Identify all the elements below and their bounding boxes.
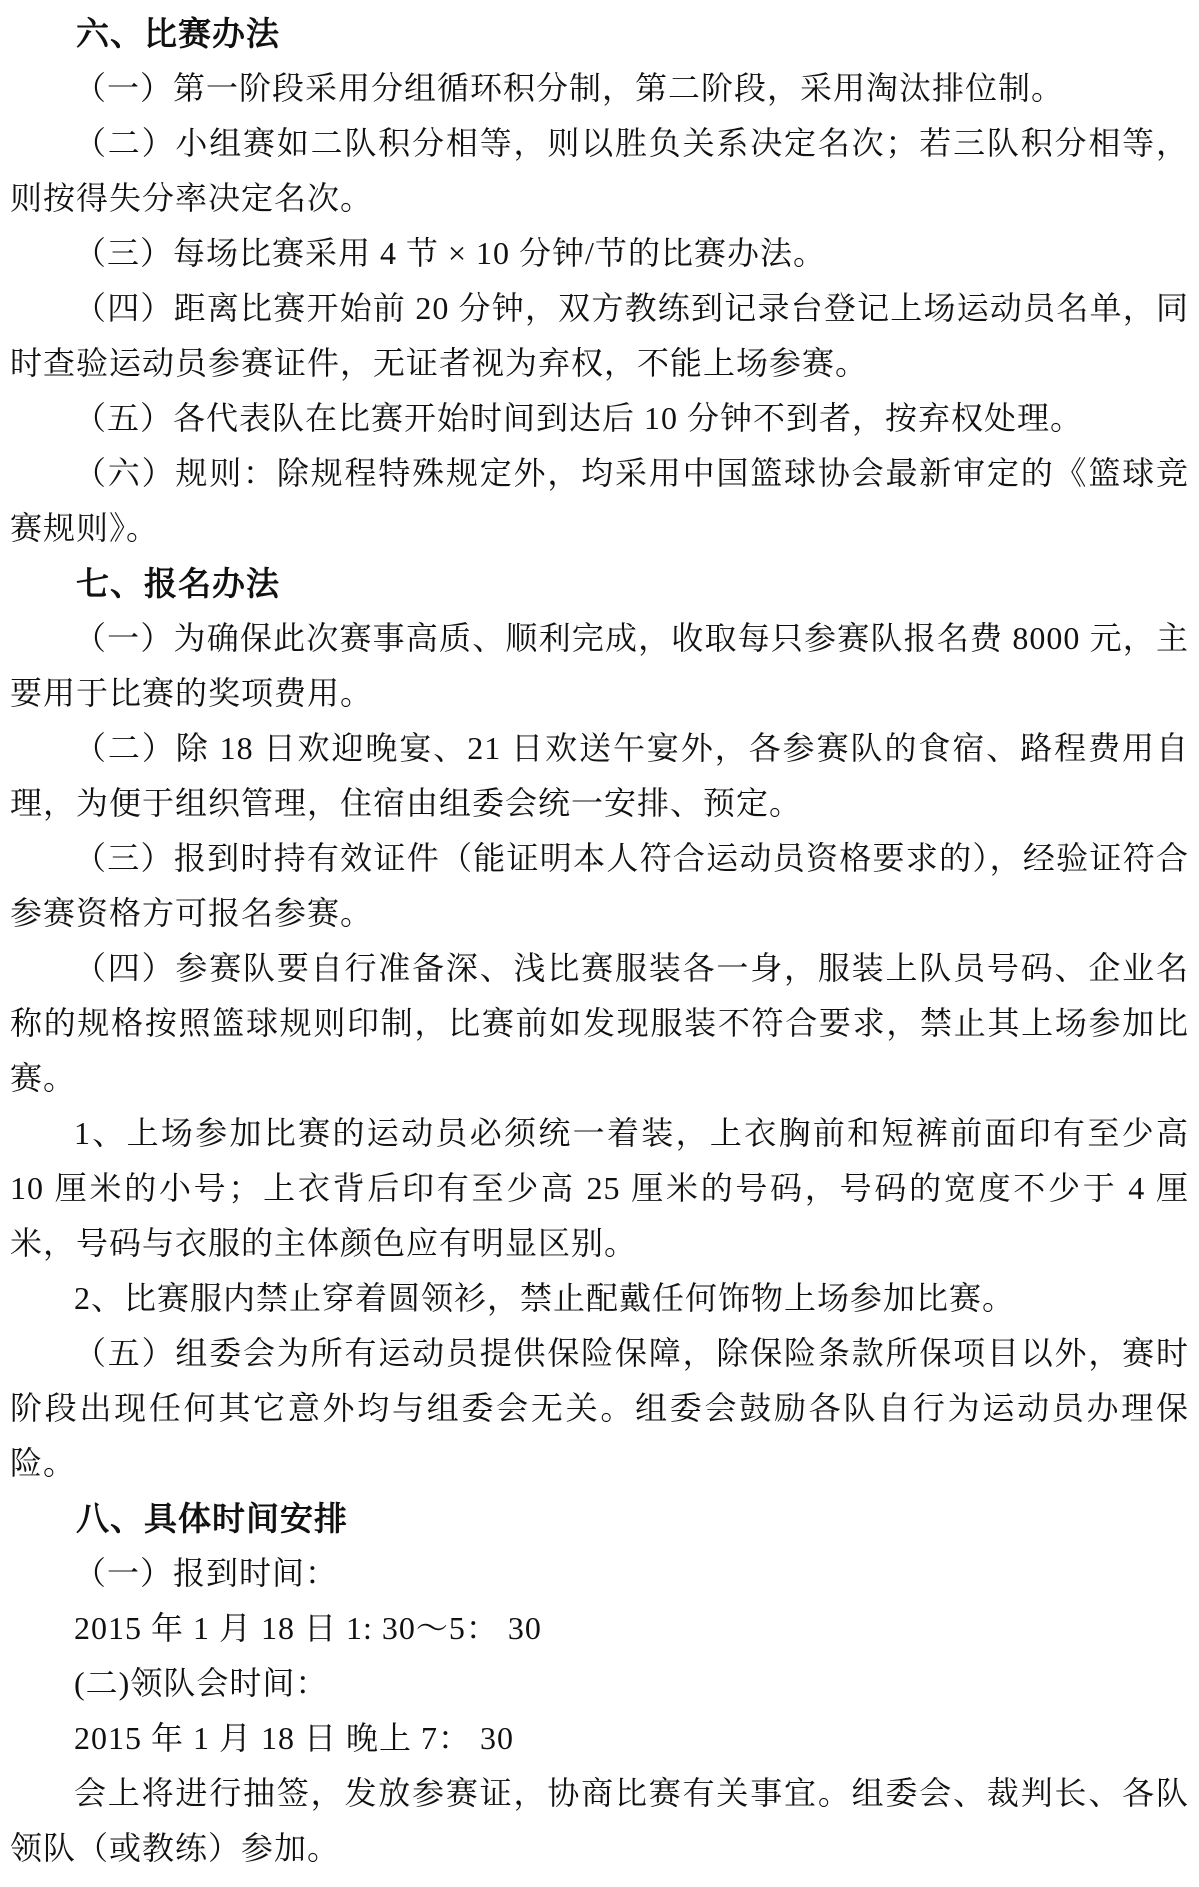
match-rules-item-4: （四）距离比赛开始前 20 分钟，双方教练到记录台登记上场运动员名单，同时查验运… bbox=[10, 281, 1189, 391]
match-rules-item-3: （三）每场比赛采用 4 节 × 10 分钟/节的比赛办法。 bbox=[10, 226, 1189, 281]
document-page: 六、比赛办法 （一）第一阶段采用分组循环积分制，第二阶段，采用淘汰排位制。 （二… bbox=[0, 0, 1199, 1887]
heading-match-rules: 六、比赛办法 bbox=[10, 6, 1189, 61]
schedule-checkin-label: （一）报到时间： bbox=[10, 1546, 1189, 1601]
heading-registration-method: 七、报名办法 bbox=[10, 556, 1189, 611]
match-rules-item-6: （六）规则：除规程特殊规定外，均采用中国篮球协会最新审定的《篮球竞赛规则》。 bbox=[10, 446, 1189, 556]
registration-item-4: （四）参赛队要自行准备深、浅比赛服装各一身，服装上队员号码、企业名称的规格按照篮… bbox=[10, 941, 1189, 1106]
uniform-rule-2: 2、比赛服内禁止穿着圆领衫，禁止配戴任何饰物上场参加比赛。 bbox=[10, 1271, 1189, 1326]
match-rules-item-2: （二）小组赛如二队积分相等，则以胜负关系决定名次；若三队积分相等，则按得失分率决… bbox=[10, 116, 1189, 226]
schedule-leaders-meeting-label: (二)领队会时间： bbox=[10, 1656, 1189, 1711]
schedule-leaders-meeting-time: 2015 年 1 月 18 日 晚上 7： 30 bbox=[10, 1711, 1189, 1766]
heading-schedule: 八、具体时间安排 bbox=[10, 1491, 1189, 1546]
registration-item-5: （五）组委会为所有运动员提供保险保障，除保险条款所保项目以外，赛时阶段出现任何其… bbox=[10, 1326, 1189, 1491]
registration-item-3: （三）报到时持有效证件（能证明本人符合运动员资格要求的），经验证符合参赛资格方可… bbox=[10, 831, 1189, 941]
schedule-checkin-time: 2015 年 1 月 18 日 1: 30～5： 30 bbox=[10, 1601, 1189, 1656]
match-rules-item-5: （五）各代表队在比赛开始时间到达后 10 分钟不到者，按弃权处理。 bbox=[10, 391, 1189, 446]
registration-item-2: （二）除 18 日欢迎晚宴、21 日欢送午宴外，各参赛队的食宿、路程费用自理，为… bbox=[10, 721, 1189, 831]
match-rules-item-1: （一）第一阶段采用分组循环积分制，第二阶段，采用淘汰排位制。 bbox=[10, 61, 1189, 116]
registration-item-1: （一）为确保此次赛事高质、顺利完成，收取每只参赛队报名费 8000 元，主要用于… bbox=[10, 611, 1189, 721]
leaders-meeting-description: 会上将进行抽签，发放参赛证，协商比赛有关事宜。组委会、裁判长、各队领队（或教练）… bbox=[10, 1766, 1189, 1876]
uniform-rule-1: 1、上场参加比赛的运动员必须统一着装，上衣胸前和短裤前面印有至少高 10 厘米的… bbox=[10, 1106, 1189, 1271]
